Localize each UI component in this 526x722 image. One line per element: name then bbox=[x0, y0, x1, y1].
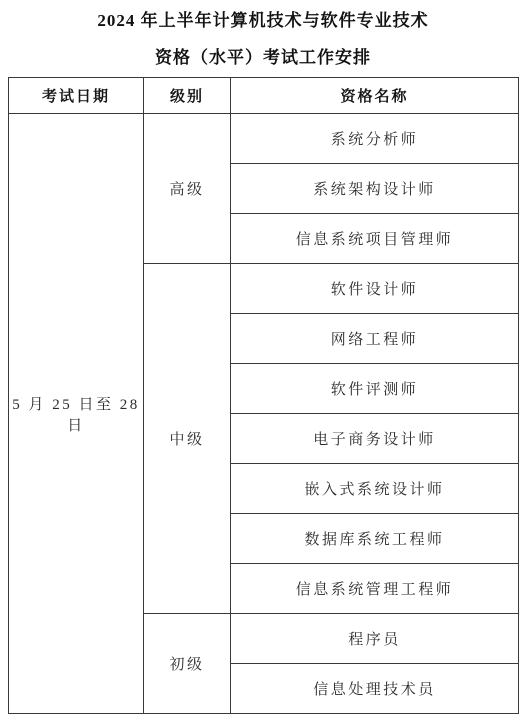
document-page: 2024 年上半年计算机技术与软件专业技术 资格（水平）考试工作安排 考试日期 … bbox=[0, 0, 526, 722]
qualification-cell: 嵌入式系统设计师 bbox=[231, 464, 519, 514]
qualification-cell: 程序员 bbox=[231, 614, 519, 664]
qualification-cell: 信息系统管理工程师 bbox=[231, 564, 519, 614]
document-title: 2024 年上半年计算机技术与软件专业技术 资格（水平）考试工作安排 bbox=[0, 0, 526, 70]
exam-date-cell: 5 月 25 日至 28 日 bbox=[9, 114, 144, 714]
header-cell-qualification-name: 资格名称 bbox=[231, 78, 519, 114]
qualification-cell: 电子商务设计师 bbox=[231, 414, 519, 464]
header-cell-exam-date: 考试日期 bbox=[9, 78, 144, 114]
table-header-row: 考试日期 级别 资格名称 bbox=[9, 78, 519, 114]
level-cell-advanced: 高级 bbox=[144, 114, 231, 264]
qualification-cell: 软件评测师 bbox=[231, 364, 519, 414]
qualification-cell: 网络工程师 bbox=[231, 314, 519, 364]
level-cell-elementary: 初级 bbox=[144, 614, 231, 714]
level-cell-intermediate: 中级 bbox=[144, 264, 231, 614]
qualification-cell: 系统分析师 bbox=[231, 114, 519, 164]
exam-schedule-table: 考试日期 级别 资格名称 5 月 25 日至 28 日 高级 系统分析师 系统架… bbox=[8, 77, 519, 714]
document-title-line-2: 资格（水平）考试工作安排 bbox=[0, 46, 526, 70]
table-row: 5 月 25 日至 28 日 高级 系统分析师 bbox=[9, 114, 519, 164]
qualification-cell: 信息系统项目管理师 bbox=[231, 214, 519, 264]
qualification-cell: 数据库系统工程师 bbox=[231, 514, 519, 564]
document-title-line-1: 2024 年上半年计算机技术与软件专业技术 bbox=[0, 0, 526, 33]
header-cell-level: 级别 bbox=[144, 78, 231, 114]
qualification-cell: 系统架构设计师 bbox=[231, 164, 519, 214]
qualification-cell: 信息处理技术员 bbox=[231, 664, 519, 714]
qualification-cell: 软件设计师 bbox=[231, 264, 519, 314]
